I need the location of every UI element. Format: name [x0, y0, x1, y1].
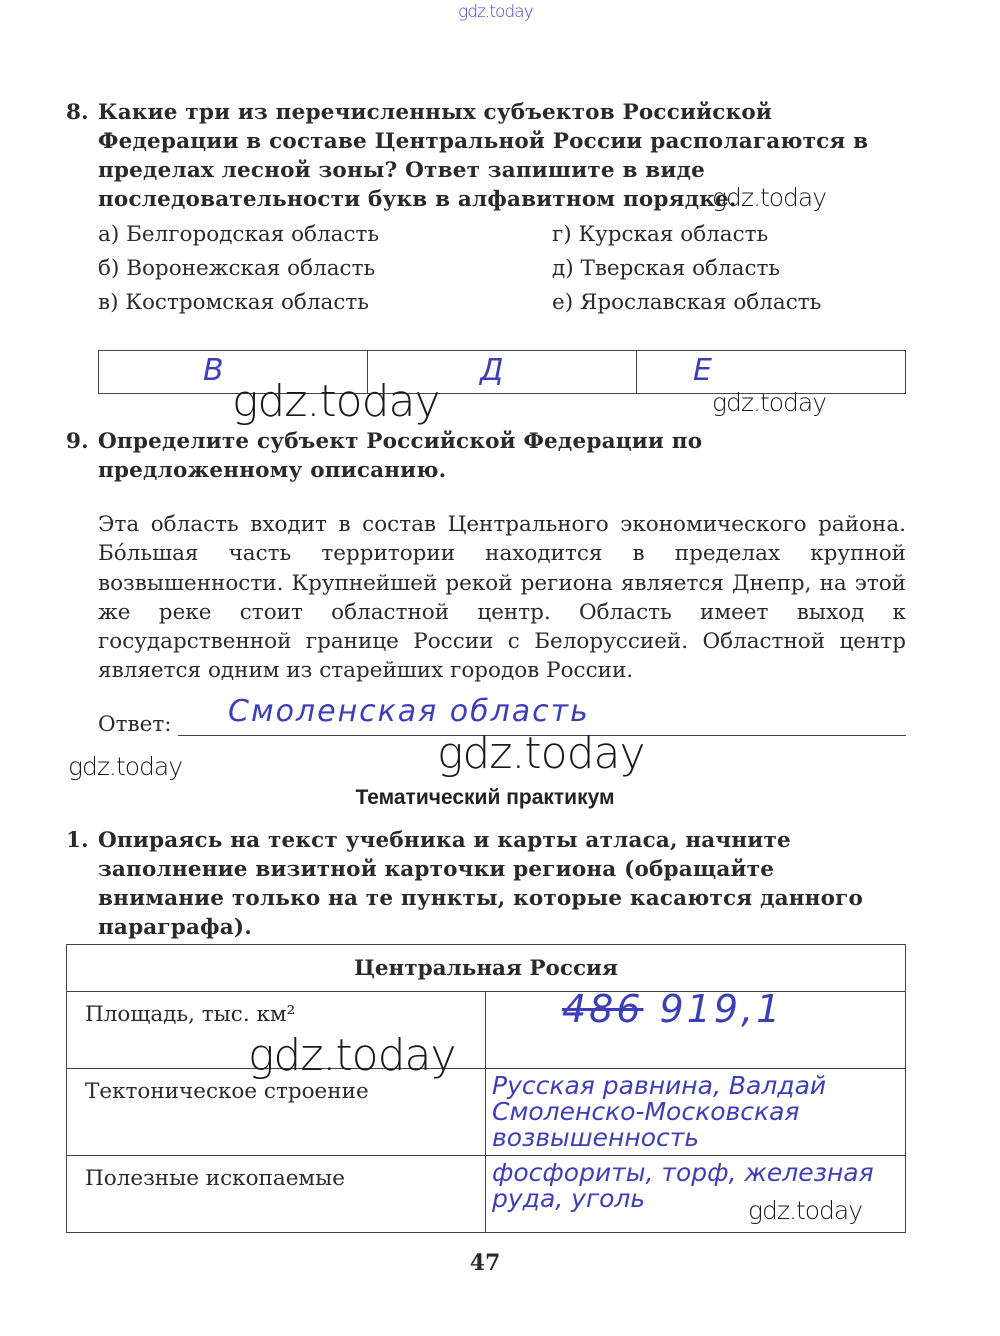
- answer-2: Д: [480, 353, 503, 388]
- row-value: 486919,1: [492, 987, 783, 1031]
- option-letter: е): [552, 290, 573, 315]
- option-letter: а): [98, 222, 119, 247]
- section-title: Тематический практикум: [0, 786, 970, 810]
- watermark: gdz.today: [712, 388, 826, 417]
- answer-1: В: [203, 353, 224, 388]
- option-b: б) Воронежская область: [98, 252, 375, 286]
- table-row: Тектоническое строение Русская равнина, …: [67, 1069, 906, 1156]
- option-letter: г): [552, 222, 572, 247]
- watermark: gdz.today: [232, 376, 440, 427]
- option-letter: д): [552, 256, 574, 281]
- area-value: 919,1: [660, 987, 784, 1031]
- watermark: gdz.today: [68, 752, 182, 781]
- question-8-number: 8.: [66, 98, 89, 127]
- question-9-description: Эта область входит в состав Центрального…: [98, 510, 906, 686]
- row-label: Тектоническое строение: [67, 1069, 486, 1156]
- option-g: г) Курская область: [552, 218, 768, 252]
- task-1: 1. Опираясь на текст учебника и карты ат…: [66, 826, 906, 942]
- region-card-table: Центральная Россия Площадь, тыс. км² 486…: [66, 944, 906, 1233]
- card-title: Центральная Россия: [67, 945, 906, 992]
- option-label: Воронежская область: [126, 256, 375, 281]
- answer-label: Ответ:: [98, 712, 172, 737]
- task-1-text: Опираясь на текст учебника и карты атлас…: [66, 826, 906, 942]
- option-label: Тверская область: [580, 256, 780, 281]
- watermark: gdz.today: [712, 183, 826, 212]
- watermark: gdz.today: [748, 1196, 862, 1225]
- watermark: gdz.today: [437, 728, 645, 779]
- question-9-number: 9.: [66, 427, 89, 456]
- answer-3: Е: [693, 353, 712, 388]
- row-value: Русская равнина, Валдай Смоленско-Москов…: [492, 1073, 899, 1151]
- watermark: gdz.today: [248, 1030, 456, 1081]
- struck-value: 486: [562, 987, 644, 1031]
- answer-cell-3[interactable]: Е: [637, 351, 905, 393]
- row-value-cell[interactable]: 486919,1: [486, 992, 906, 1069]
- option-d: д) Тверская область: [552, 252, 780, 286]
- watermark-top: gdz.today: [458, 2, 533, 22]
- option-label: Курская область: [579, 222, 769, 247]
- option-letter: б): [98, 256, 119, 281]
- option-v: в) Костромская область: [98, 286, 369, 320]
- option-label: Белгородская область: [126, 222, 379, 247]
- row-label: Полезные ископаемые: [67, 1156, 486, 1233]
- option-letter: в): [98, 290, 119, 315]
- question-9-text: Определите субъект Российской Федерации …: [66, 427, 906, 485]
- question-9: 9. Определите субъект Российской Федерац…: [66, 427, 906, 485]
- row-value-cell[interactable]: Русская равнина, Валдай Смоленско-Москов…: [486, 1069, 906, 1156]
- option-label: Костромская область: [125, 290, 369, 315]
- task-1-number: 1.: [66, 826, 89, 855]
- answer-value: Смоленская область: [228, 694, 590, 729]
- option-a: а) Белгородская область: [98, 218, 379, 252]
- option-label: Ярославская область: [580, 290, 821, 315]
- page-number: 47: [0, 1250, 970, 1276]
- option-e: е) Ярославская область: [552, 286, 821, 320]
- table-row: Площадь, тыс. км² 486919,1: [67, 992, 906, 1069]
